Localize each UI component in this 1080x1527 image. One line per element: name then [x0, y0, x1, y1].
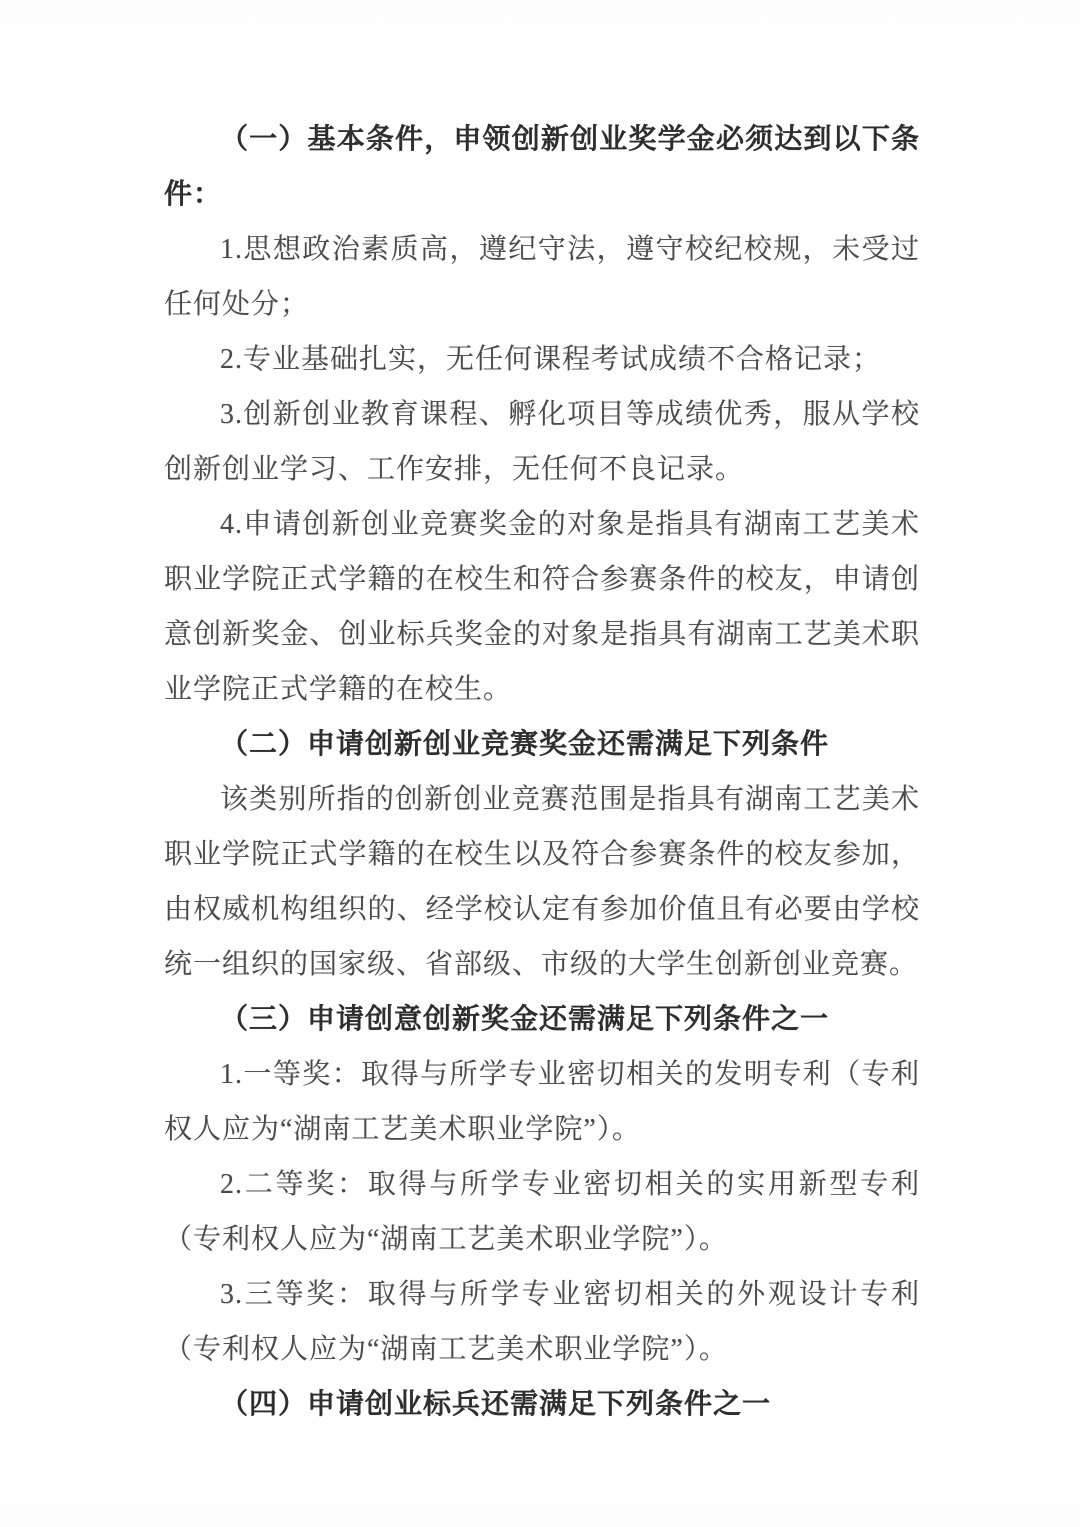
list-item-1-2: 2.专业基础扎实，无任何课程考试成绩不合格记录；	[164, 332, 920, 387]
list-item-1-4: 4.申请创新创业竞赛奖金的对象是指具有湖南工艺美术职业学院正式学籍的在校生和符合…	[164, 497, 920, 717]
list-item-1-1: 1.思想政治素质高，遵纪守法，遵守校纪校规，未受过任何处分；	[164, 222, 920, 332]
document-page: （一）基本条件，申领创新创业奖学金必须达到以下条件： 1.思想政治素质高，遵纪守…	[0, 0, 1080, 1527]
section-2-paragraph: 该类别所指的创新创业竞赛范围是指具有湖南工艺美术职业学院正式学籍的在校生以及符合…	[164, 772, 920, 992]
list-item-3-3: 3.三等奖：取得与所学专业密切相关的外观设计专利（专利权人应为“湖南工艺美术职业…	[164, 1267, 920, 1377]
section-heading-1: （一）基本条件，申领创新创业奖学金必须达到以下条件：	[164, 112, 920, 222]
section-heading-2: （二）申请创新创业竞赛奖金还需满足下列条件	[164, 717, 920, 772]
list-item-3-1: 1.一等奖：取得与所学专业密切相关的发明专利（专利权人应为“湖南工艺美术职业学院…	[164, 1047, 920, 1157]
list-item-3-2: 2.二等奖：取得与所学专业密切相关的实用新型专利（专利权人应为“湖南工艺美术职业…	[164, 1157, 920, 1267]
section-heading-3: （三）申请创意创新奖金还需满足下列条件之一	[164, 992, 920, 1047]
section-heading-4: （四）申请创业标兵还需满足下列条件之一	[164, 1377, 920, 1432]
list-item-1-3: 3.创新创业教育课程、孵化项目等成绩优秀，服从学校创新创业学习、工作安排，无任何…	[164, 387, 920, 497]
